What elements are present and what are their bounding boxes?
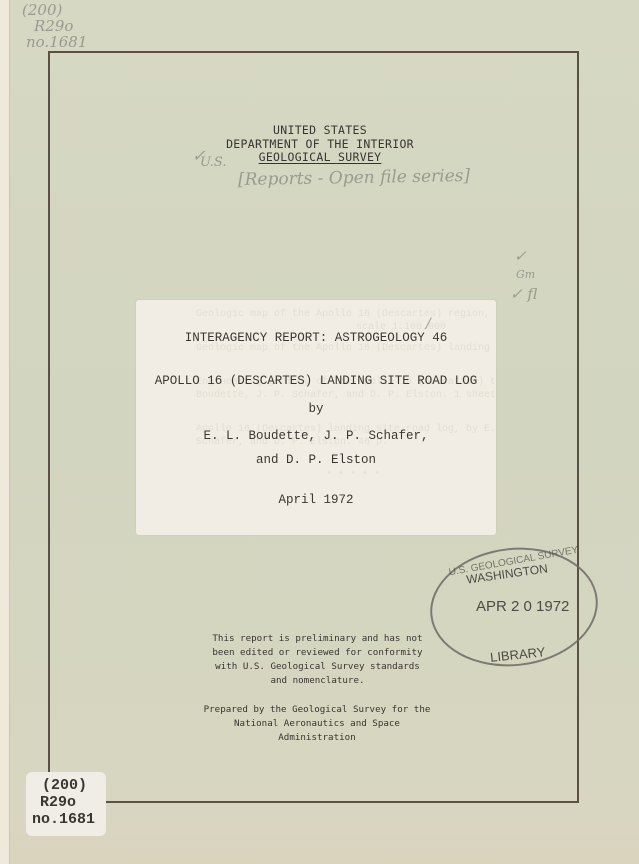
disclaimer-line: and nomenclature. (190, 674, 445, 688)
disclaimer-line: with U.S. Geological Survey standards (190, 660, 445, 674)
handwritten-series-note: [Reports - Open file series] (238, 166, 470, 190)
series-check-icon: / (426, 316, 431, 332)
authors-line-2: and D. P. Elston (136, 453, 496, 467)
report-title: APOLLO 16 (DESCARTES) LANDING SITE ROAD … (136, 374, 496, 388)
disclaimer-line: This report is preliminary and has not (190, 632, 445, 646)
page-edge (0, 0, 10, 864)
margin-check-note: ✓ fl (510, 285, 537, 303)
prepared-line: Prepared by the Geological Survey for th… (186, 703, 448, 717)
title-card: Geologic map of the Apollo 16 (Descartes… (136, 300, 496, 535)
disclaimer-line: been edited or reviewed for conformity (190, 646, 445, 660)
header-line-3: GEOLOGICAL SURVEY (190, 151, 450, 165)
handwritten-call-number: (200) R29o no.1681 (22, 2, 87, 50)
authors-line-1: E. L. Boudette, J. P. Schafer, (136, 429, 496, 443)
by-line: by (136, 402, 496, 416)
call-number-line: no.1681 (32, 811, 106, 828)
report-date: April 1972 (136, 493, 496, 507)
margin-note: Gm (516, 268, 535, 281)
call-number-line: R29o (36, 794, 106, 811)
call-number-line: (200) (36, 777, 106, 794)
ghost-line: Boudette, J. P. Schafer, and D. P. Elsto… (196, 389, 496, 402)
disclaimer-notice: This report is preliminary and has not b… (190, 632, 445, 688)
handwritten-us-note: U.S. (200, 155, 226, 170)
ghost-line: Geologic map of the Apollo 16 (Descartes… (196, 308, 496, 321)
agency-header: UNITED STATES DEPARTMENT OF THE INTERIOR… (190, 124, 450, 165)
handwritten-line: no.1681 (26, 34, 87, 50)
handwritten-line: R29o (34, 18, 87, 34)
ghost-line: * * * * * (196, 470, 496, 483)
prepared-line: Administration (186, 731, 448, 745)
call-number-label: (200) R29o no.1681 (26, 772, 106, 836)
prepared-by-notice: Prepared by the Geological Survey for th… (186, 703, 448, 745)
header-line-1: UNITED STATES (190, 124, 450, 138)
report-series: INTERAGENCY REPORT: ASTROGEOLOGY 46 (136, 331, 496, 345)
header-line-2: DEPARTMENT OF THE INTERIOR (190, 138, 450, 152)
stamp-date: APR 2 0 1972 (476, 598, 569, 615)
prepared-line: National Aeronautics and Space (186, 717, 448, 731)
margin-check-icon: ✓ (514, 247, 527, 265)
handwritten-line: (200) (22, 2, 87, 18)
